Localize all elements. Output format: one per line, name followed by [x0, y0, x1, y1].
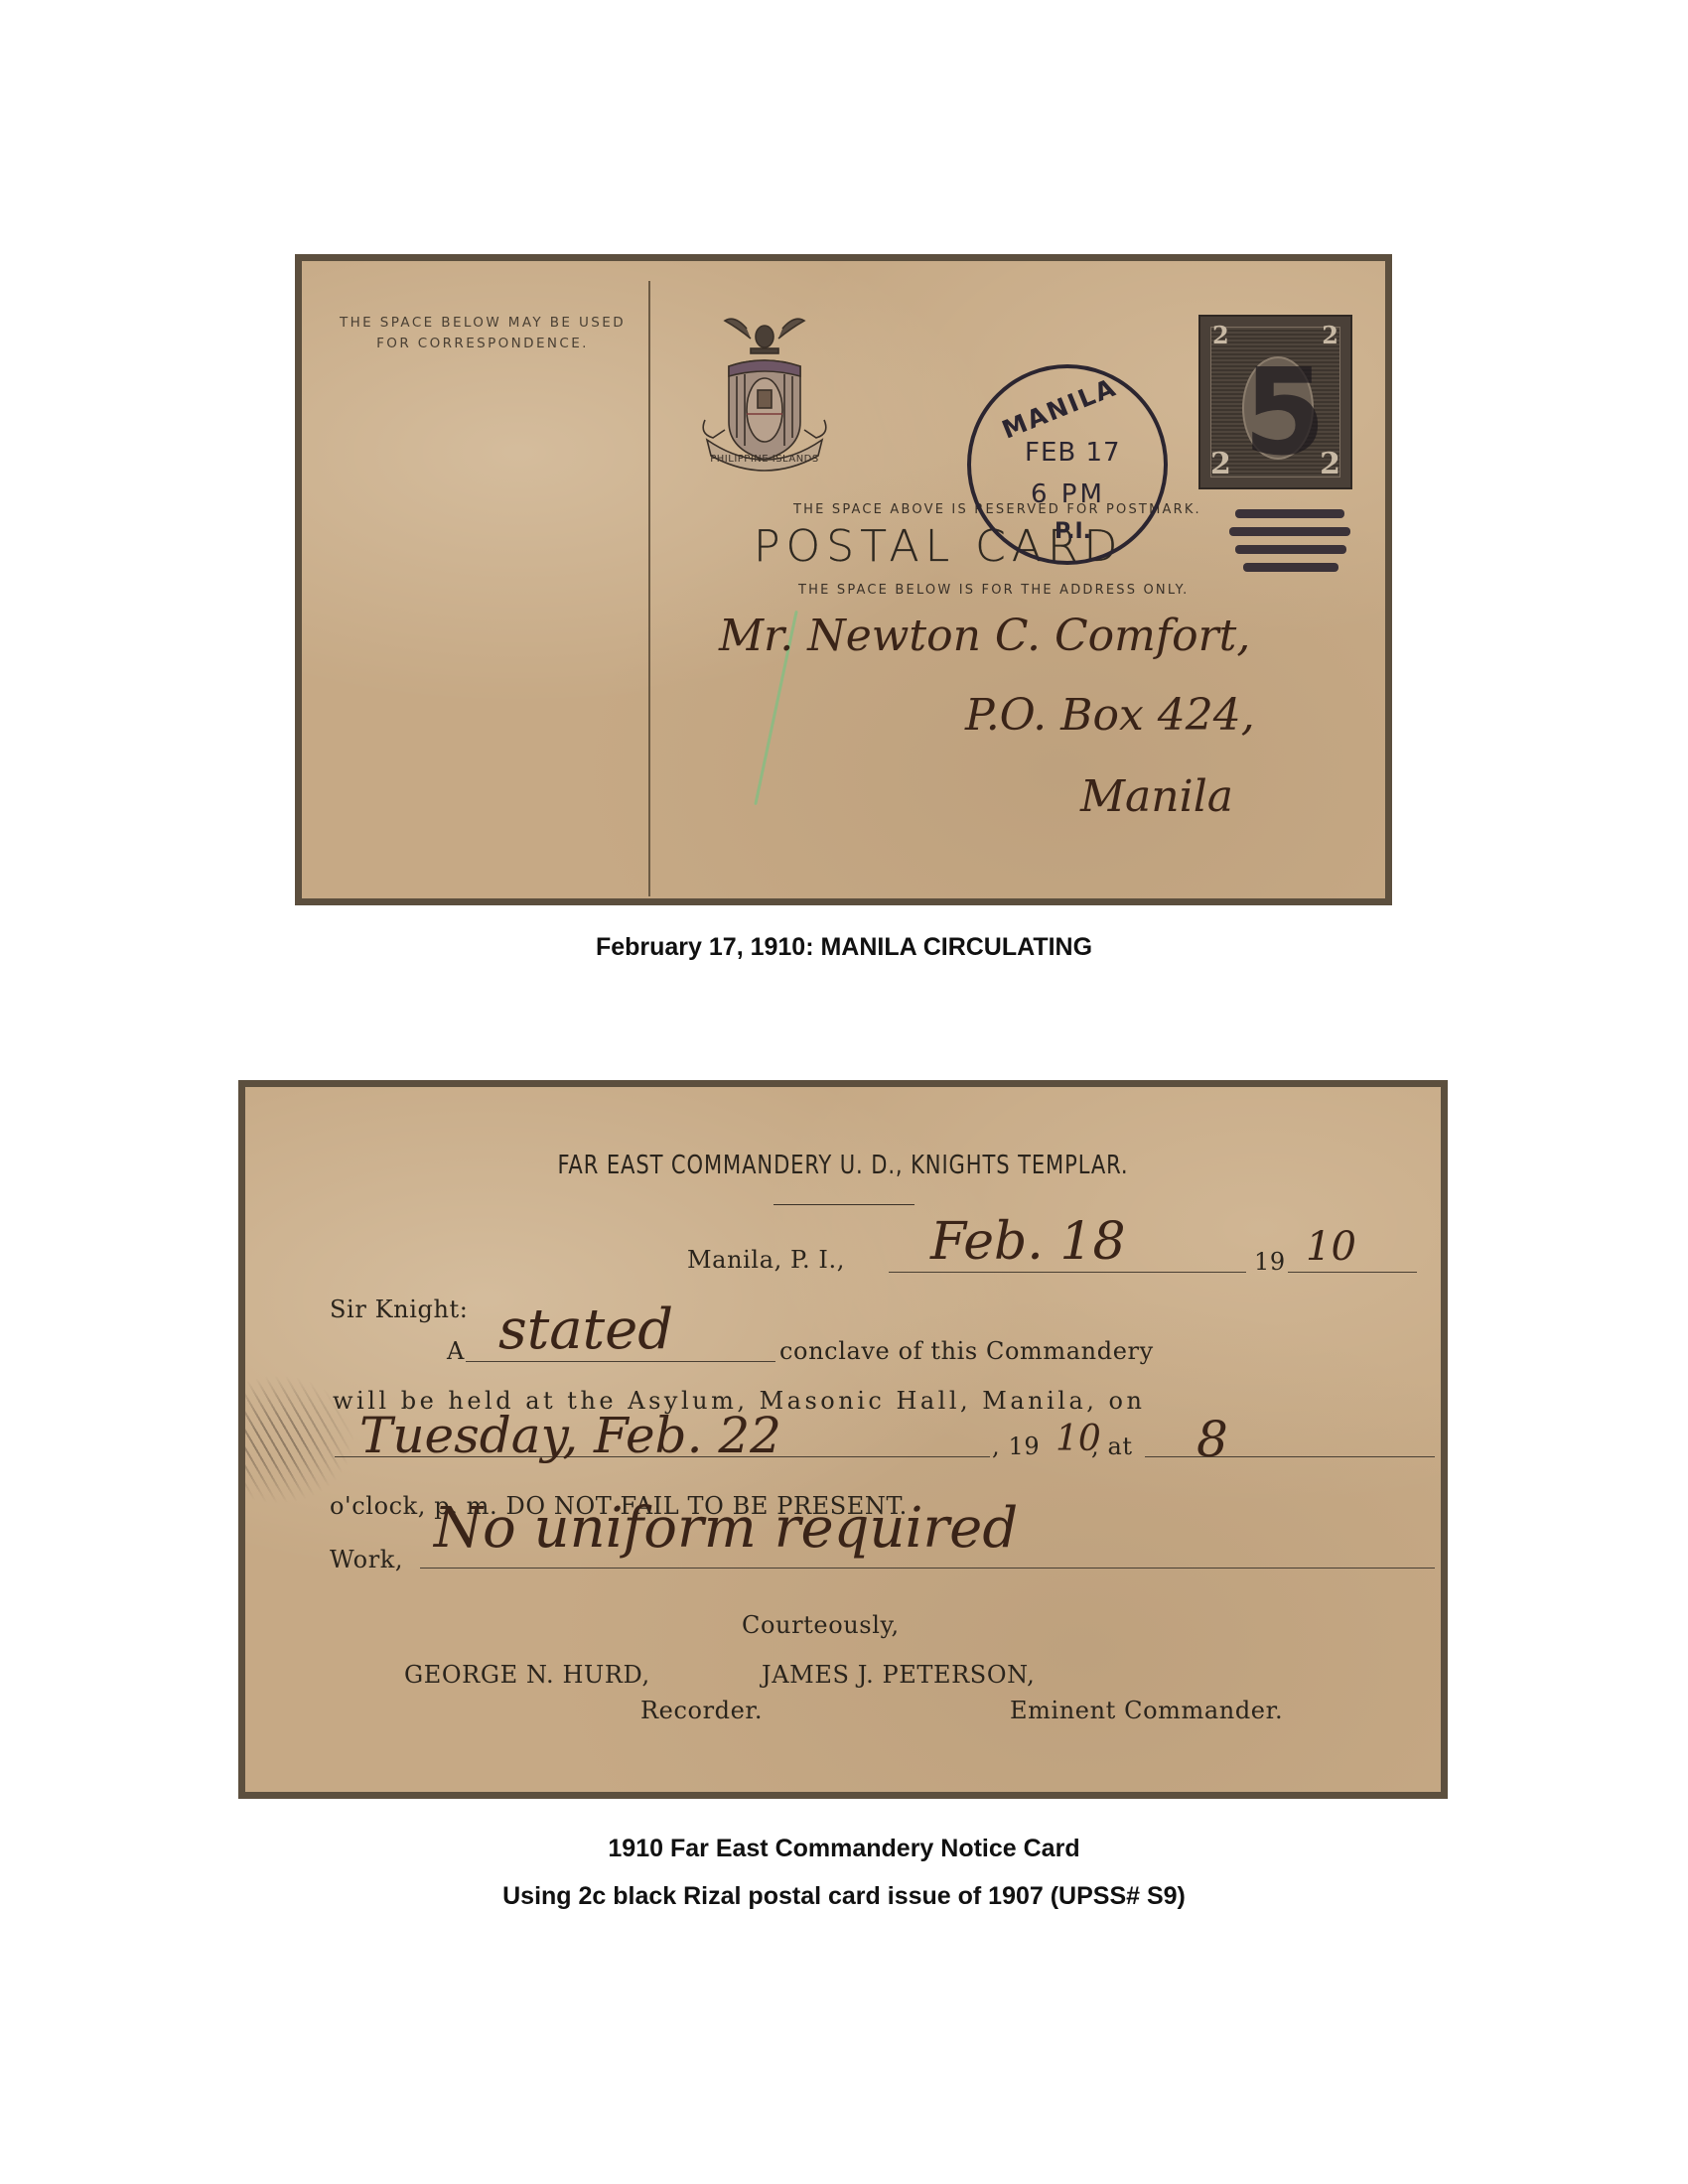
correspondence-note: THE SPACE BELOW MAY BE USED FOR CORRESPO… — [324, 313, 641, 354]
postmark-date: FEB 17 — [1025, 438, 1121, 468]
year-prefix: 19 — [1254, 1248, 1286, 1276]
postmark-city: MANILA — [998, 372, 1121, 444]
address-note: THE SPACE BELOW IS FOR THE ADDRESS ONLY. — [798, 583, 1189, 598]
work-label: Work, — [330, 1546, 403, 1573]
signer2-title: Eminent Commander. — [1010, 1697, 1283, 1724]
conclave-text: conclave of this Commandery — [779, 1337, 1154, 1365]
notice-card-back: FAR EAST COMMANDERY U. D., KNIGHTS TEMPL… — [238, 1080, 1448, 1799]
caption-bottom-1: 1910 Far East Commandery Notice Card — [0, 1835, 1688, 1863]
caption-bottom-2: Using 2c black Rizal postal card issue o… — [0, 1882, 1688, 1911]
correspondence-note-line2: FOR CORRESPONDENCE. — [324, 334, 641, 354]
salutation: Sir Knight: — [330, 1296, 468, 1323]
at-label: , at — [1091, 1433, 1133, 1460]
manila-postmark: MANILA FEB 17 6 PM P.I. — [967, 364, 1168, 565]
address-line-2: P.O. Box 424, — [965, 690, 1255, 741]
svg-text:PHILIPPINE ISLANDS: PHILIPPINE ISLANDS — [710, 454, 818, 465]
notice-title: FAR EAST COMMANDERY U. D., KNIGHTS TEMPL… — [305, 1151, 1381, 1180]
closing: Courteously, — [742, 1611, 900, 1639]
year-underline — [1288, 1272, 1417, 1273]
stamp-denomination: 2 — [1212, 321, 1229, 349]
address-line-3: Manila — [1080, 771, 1233, 822]
handwritten-hour: 8 — [1196, 1411, 1228, 1468]
postmark-time: 6 PM — [1031, 479, 1105, 509]
killer-number: 5 — [1243, 344, 1327, 482]
postal-card-front: THE SPACE BELOW MAY BE USED FOR CORRESPO… — [295, 254, 1392, 905]
card-divider — [648, 281, 650, 896]
signer1-title: Recorder. — [640, 1697, 763, 1724]
caption-top: February 17, 1910: MANILA CIRCULATING — [0, 933, 1688, 962]
meeting-year-prefix: , 19 — [992, 1433, 1040, 1460]
handwritten-meeting-date: Tuesday, Feb. 22 — [359, 1407, 781, 1464]
philippine-coat-of-arms-icon: PHILIPPINE ISLANDS — [695, 311, 834, 475]
stamp-denomination: 2 — [1210, 447, 1231, 481]
date-underline — [889, 1272, 1246, 1273]
signer2-name: JAMES J. PETERSON, — [762, 1661, 1035, 1689]
address-line-1: Mr. Newton C. Comfort, — [719, 611, 1250, 661]
handwritten-conclave-type: stated — [498, 1297, 673, 1362]
handwritten-work: No uniform required — [434, 1496, 1018, 1561]
place-label: Manila, P. I., — [687, 1246, 845, 1274]
article: A — [447, 1337, 465, 1365]
title-rule — [774, 1204, 914, 1205]
handwritten-year: 10 — [1306, 1224, 1356, 1270]
handwritten-date: Feb. 18 — [930, 1212, 1126, 1272]
work-underline — [420, 1568, 1435, 1569]
postmark-region: P.I. — [1055, 519, 1091, 544]
hour-underline — [1145, 1456, 1435, 1457]
signer1-name: GEORGE N. HURD, — [404, 1661, 650, 1689]
correspondence-note-line1: THE SPACE BELOW MAY BE USED — [324, 313, 641, 334]
